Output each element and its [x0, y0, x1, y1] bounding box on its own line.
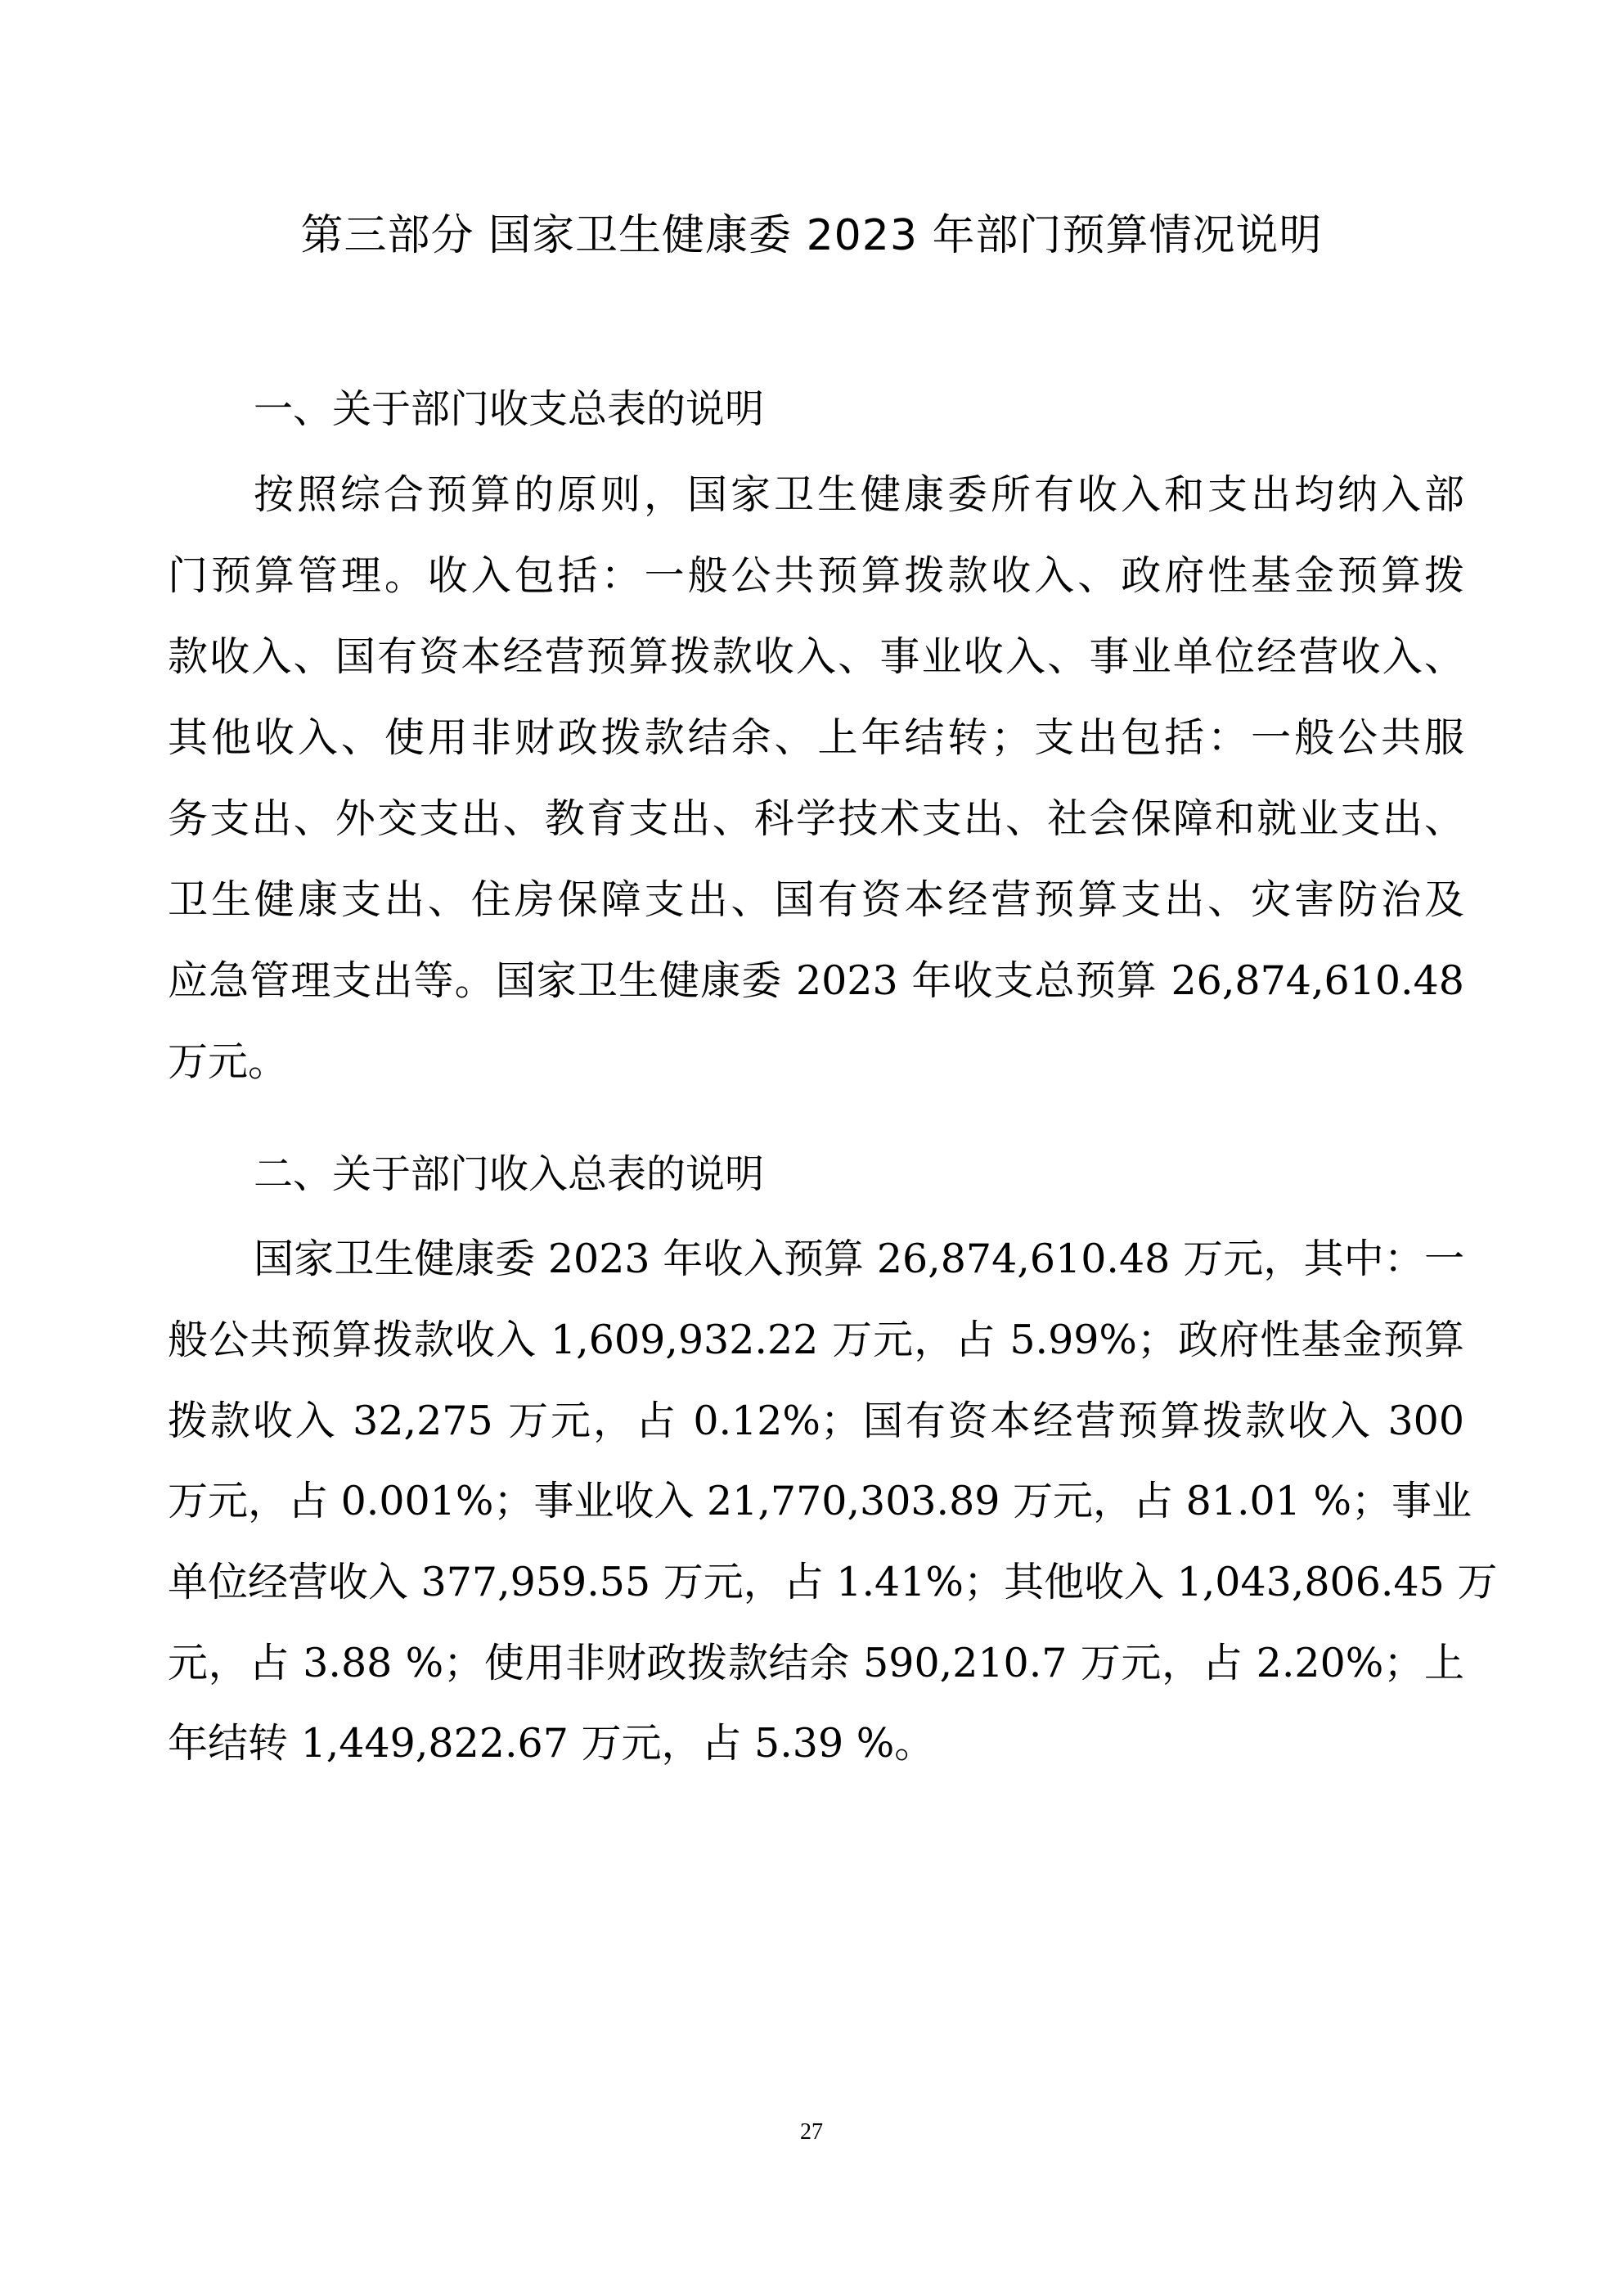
paragraph-line: 单位经营收入 377,959.55 万元，占 1.41%；其他收入 1,043,…: [168, 1555, 1464, 1609]
document-page: 第三部分 国家卫生健康委 2023 年部门预算情况说明 一、关于部门收支总表的说…: [0, 0, 1623, 2296]
paragraph-line: 年结转 1,449,822.67 万元，占 5.39 %。: [168, 1717, 934, 1771]
paragraph-line: 按照综合预算的原则，国家卫生健康委所有收入和支出均纳入部: [254, 468, 1464, 522]
section-heading-income-summary: 二、关于部门收入总表的说明: [254, 1147, 764, 1201]
paragraph-line: 门预算管理。收入包括：一般公共预算拨款收入、政府性基金预算拨: [168, 549, 1464, 603]
section-heading-income-expenditure-summary: 一、关于部门收支总表的说明: [254, 382, 764, 436]
paragraph-line: 万元，占 0.001%；事业收入 21,770,303.89 万元，占 81.0…: [168, 1474, 1464, 1528]
paragraph-line: 拨款收入 32,275 万元，占 0.12%；国有资本经营预算拨款收入 300: [168, 1394, 1464, 1448]
paragraph-line: 款收入、国有资本经营预算拨款收入、事业收入、事业单位经营收入、: [168, 630, 1464, 684]
page-number: 27: [0, 2118, 1623, 2147]
paragraph-line: 应急管理支出等。国家卫生健康委 2023 年收支总预算 26,874,610.4…: [168, 954, 1464, 1008]
paragraph-line: 其他收入、使用非财政拨款结余、上年结转；支出包括：一般公共服: [168, 711, 1464, 765]
paragraph-line: 万元。: [168, 1035, 288, 1089]
paragraph-line: 般公共预算拨款收入 1,609,932.22 万元，占 5.99%；政府性基金预…: [168, 1313, 1464, 1367]
page-title: 第三部分 国家卫生健康委 2023 年部门预算情况说明: [0, 206, 1623, 265]
paragraph-line: 元，占 3.88 %；使用非财政拨款结余 590,210.7 万元，占 2.20…: [168, 1636, 1464, 1690]
paragraph-line: 卫生健康支出、住房保障支出、国有资本经营预算支出、灾害防治及: [168, 873, 1464, 927]
paragraph-line: 务支出、外交支出、教育支出、科学技术支出、社会保障和就业支出、: [168, 792, 1464, 846]
paragraph-line: 国家卫生健康委 2023 年收入预算 26,874,610.48 万元，其中：一: [254, 1232, 1464, 1286]
